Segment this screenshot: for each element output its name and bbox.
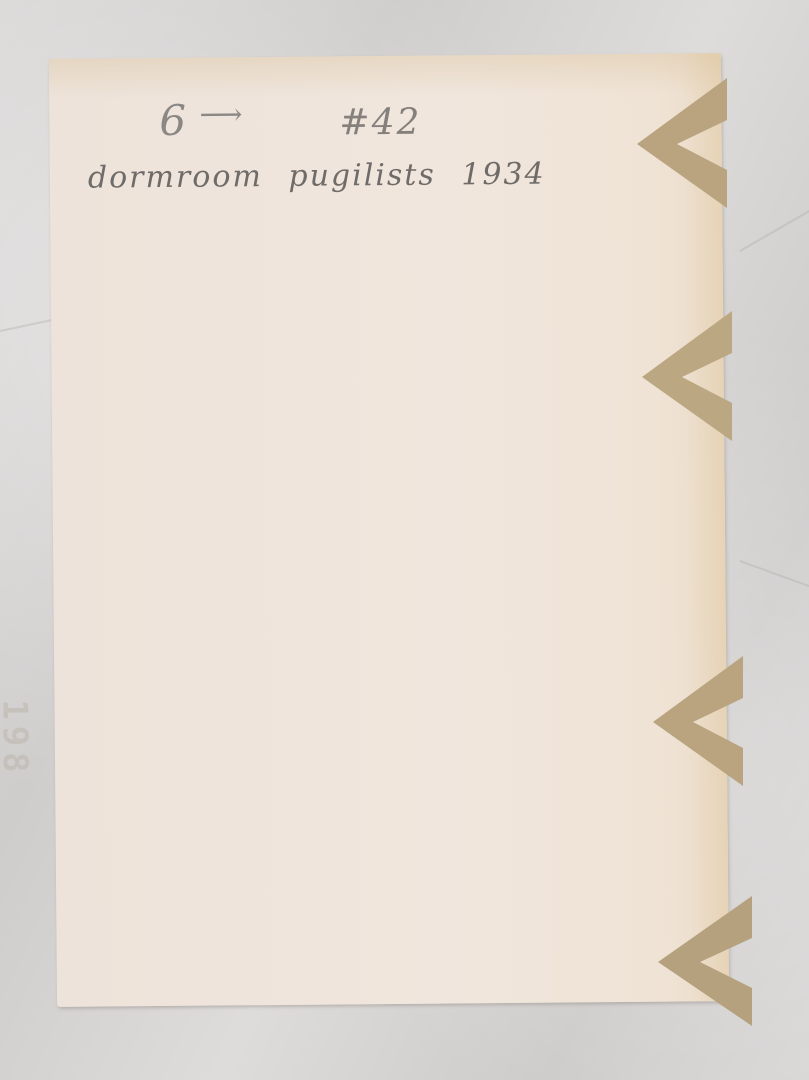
photo-back-card: 6 ⟶ #42 dormroom pugilists 1934 198 xyxy=(49,53,729,1007)
photo-corner-tab-icon xyxy=(652,896,762,1026)
photo-corner-tab-icon xyxy=(637,311,747,441)
faded-stamp-number: 198 xyxy=(0,699,35,779)
marble-vein xyxy=(740,210,809,252)
handwritten-number: 6 xyxy=(159,96,188,145)
photo-corner-tab-icon xyxy=(648,656,758,786)
handwritten-id: #42 xyxy=(339,102,421,144)
handwritten-arrow: ⟶ xyxy=(199,97,244,132)
marble-vein xyxy=(740,560,809,593)
photo-corner-tab-icon xyxy=(632,78,742,208)
handwritten-caption: dormroom pugilists 1934 xyxy=(88,157,546,196)
